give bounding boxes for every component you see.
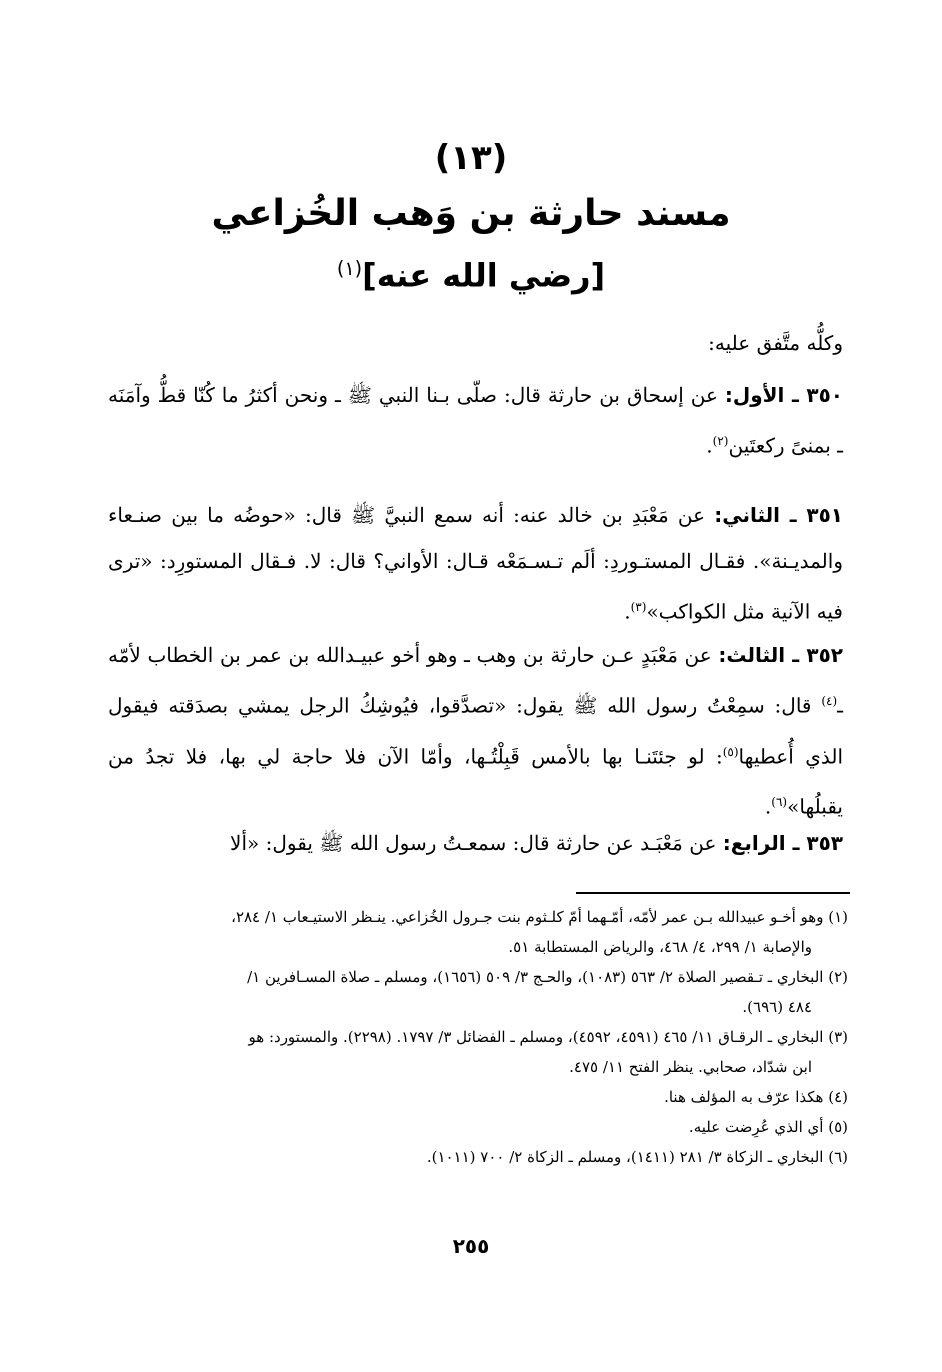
footnote-separator xyxy=(576,892,850,894)
hadith-ordinal: الثالث: xyxy=(718,643,785,667)
book-page: (١٣) مسند حارثة بن وَهب الخُزاعي [رضي ال… xyxy=(0,0,942,1372)
hadith-ordinal: الأول: xyxy=(725,383,785,407)
hadith-351: ٣٥١ ـ الثاني: عن مَعْبَدِ بن خالد عنه: أ… xyxy=(108,492,843,635)
hadith-paragraph: ٣٥٢ ـ الثالث: عن مَعْبَدٍ عـن حارثة بن و… xyxy=(108,632,843,830)
footnote-marker: (٣) xyxy=(828,1028,848,1046)
footnote-3: (٣) البخاري ـ الرقـاق ١١/ ٤٦٥ (٤٥٩١، ٤٥٩… xyxy=(108,1022,848,1082)
hadith-ordinal: الرابع: xyxy=(723,831,786,855)
footnote-ref: (٢) xyxy=(713,434,729,448)
footnote-ref: (٤) xyxy=(821,694,837,708)
footnote-text: وهو أخـو عبيدالله بـن عمر لأمّه، أمّـهما… xyxy=(231,908,823,926)
footnote-marker: (٢) xyxy=(828,968,848,986)
footnote-text-cont: ابن شدّاد، صحابي. ينظر الفتح ١١/ ٤٧٥. xyxy=(108,1052,848,1082)
footnote-text-cont: والإصابة ١/ ٢٩٩، ٤/ ٤٦٨، والرياض المستطا… xyxy=(108,932,848,962)
footnote-2: (٢) البخاري ـ تـقصير الصلاة ٢/ ٥٦٣ (١٠٨٣… xyxy=(108,962,848,1022)
footnote-text: أي الذي عُرِضت عليه. xyxy=(689,1118,824,1136)
footnote-6: (٦) البخاري ـ الزكاة ٣/ ٢٨١ (١٤١١)، ومسل… xyxy=(108,1142,848,1172)
hadith-text: عن مَعْبَـد عن حارثة قال: سمعـتُ رسول ال… xyxy=(230,831,716,855)
chapter-number: (١٣) xyxy=(0,136,942,180)
chapter-subtitle: [رضي الله عنه](١) xyxy=(0,246,942,299)
subtitle-text: [رضي الله عنه] xyxy=(362,257,605,295)
intro-text: وكلُّه متَّفق عليه: xyxy=(108,320,843,366)
footnote-ref: (٥) xyxy=(723,745,739,759)
footnote-4: (٤) هكذا عرّف به المؤلف هنا. xyxy=(108,1082,848,1112)
hadith-ordinal: الثاني: xyxy=(714,503,780,527)
footnote-text-cont: ٤٨٤ (٦٩٦). xyxy=(108,992,848,1022)
hadith-number: ٣٥٠ xyxy=(806,383,843,407)
page-number: ٢٥٥ xyxy=(0,1234,942,1258)
hadith-number: ٣٥١ xyxy=(806,503,843,527)
hadith-paragraph: ٣٥١ ـ الثاني: عن مَعْبَدِ بن خالد عنه: أ… xyxy=(108,492,843,635)
intro-line: وكلُّه متَّفق عليه: xyxy=(108,320,843,366)
hadith-number-label: ٣٥٣ ـ الرابع: xyxy=(723,831,843,855)
footnote-text: البخاري ـ الزكاة ٣/ ٢٨١ (١٤١١)، ومسلم ـ … xyxy=(427,1148,824,1166)
footnote-marker: (٥) xyxy=(828,1118,848,1136)
footnote-marker: (٤) xyxy=(828,1088,848,1106)
hadith-number-label: ٣٥٢ ـ الثالث: xyxy=(718,643,843,667)
footnote-text: البخاري ـ الرقـاق ١١/ ٤٦٥ (٤٥٩١، ٤٥٩٢)، … xyxy=(249,1028,824,1046)
hadith-number: ٣٥٢ xyxy=(806,643,843,667)
hadith-number-label: ٣٥٠ ـ الأول: xyxy=(725,383,843,407)
footnote-5: (٥) أي الذي عُرِضت عليه. xyxy=(108,1112,848,1142)
footnote-ref: (٦) xyxy=(771,795,787,809)
footnote-1: (١) وهو أخـو عبيدالله بـن عمر لأمّه، أمّ… xyxy=(108,902,848,962)
footnote-text: البخاري ـ تـقصير الصلاة ٢/ ٥٦٣ (١٠٨٣)، و… xyxy=(247,968,823,986)
footnotes: (١) وهو أخـو عبيدالله بـن عمر لأمّه، أمّ… xyxy=(108,902,848,1172)
chapter-title: مسند حارثة بن وَهب الخُزاعي xyxy=(0,188,942,240)
hadith-paragraph: ٣٥٠ ـ الأول: عن إسحاق بن حارثة قال: صلّى… xyxy=(108,372,843,469)
footnote-marker: (١) xyxy=(828,908,848,926)
hadith-353: ٣٥٣ ـ الرابع: عن مَعْبَـد عن حارثة قال: … xyxy=(108,820,843,866)
hadith-number: ٣٥٣ xyxy=(806,831,843,855)
hadith-paragraph: ٣٥٣ ـ الرابع: عن مَعْبَـد عن حارثة قال: … xyxy=(108,820,843,866)
hadith-number-label: ٣٥١ ـ الثاني: xyxy=(714,503,843,527)
hadith-352: ٣٥٢ ـ الثالث: عن مَعْبَدٍ عـن حارثة بن و… xyxy=(108,632,843,830)
footnote-marker: (٦) xyxy=(828,1148,848,1166)
footnote-ref: (٣) xyxy=(631,600,647,614)
footnote-text: هكذا عرّف به المؤلف هنا. xyxy=(664,1088,823,1106)
footnote-ref: (١) xyxy=(337,257,362,280)
hadith-350: ٣٥٠ ـ الأول: عن إسحاق بن حارثة قال: صلّى… xyxy=(108,372,843,469)
